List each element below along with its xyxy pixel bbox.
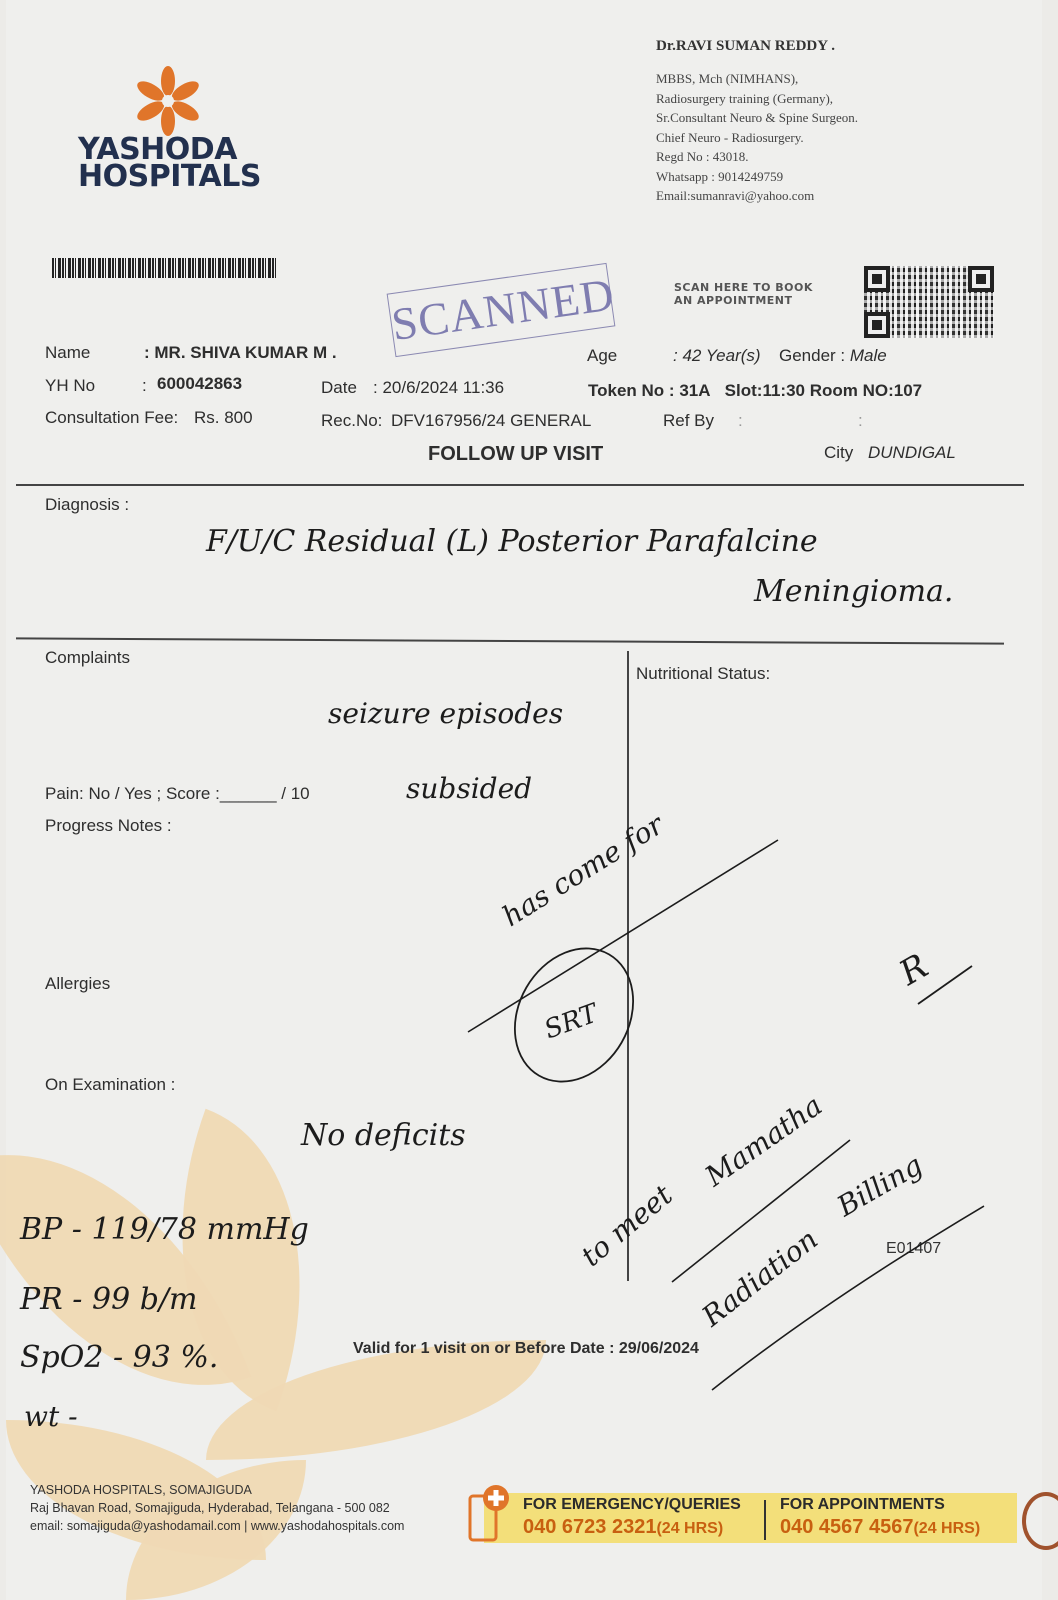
footer-address: YASHODA HOSPITALS, SOMAJIGUDA Raj Bhavan…: [30, 1481, 404, 1535]
appointments-phone[interactable]: 040 4567 4567(24 HRS): [780, 1516, 980, 1539]
footer-contact[interactable]: email: somajiguda@yashodamail.com | www.…: [30, 1517, 404, 1535]
handwritten-strokes: [6, 0, 1042, 1600]
emergency-phone[interactable]: 040 6723 2321(24 HRS): [523, 1516, 723, 1539]
validity-note: Valid for 1 visit on or Before Date : 29…: [353, 1340, 699, 1358]
banner-divider: [764, 1500, 766, 1540]
emergency-label: FOR EMERGENCY/QUERIES: [523, 1496, 741, 1514]
appointments-label: FOR APPOINTMENTS: [780, 1496, 945, 1514]
phone-plus-icon: [466, 1484, 522, 1544]
prescription-page: YASHODA HOSPITALS Dr.RAVI SUMAN REDDY . …: [6, 0, 1042, 1600]
